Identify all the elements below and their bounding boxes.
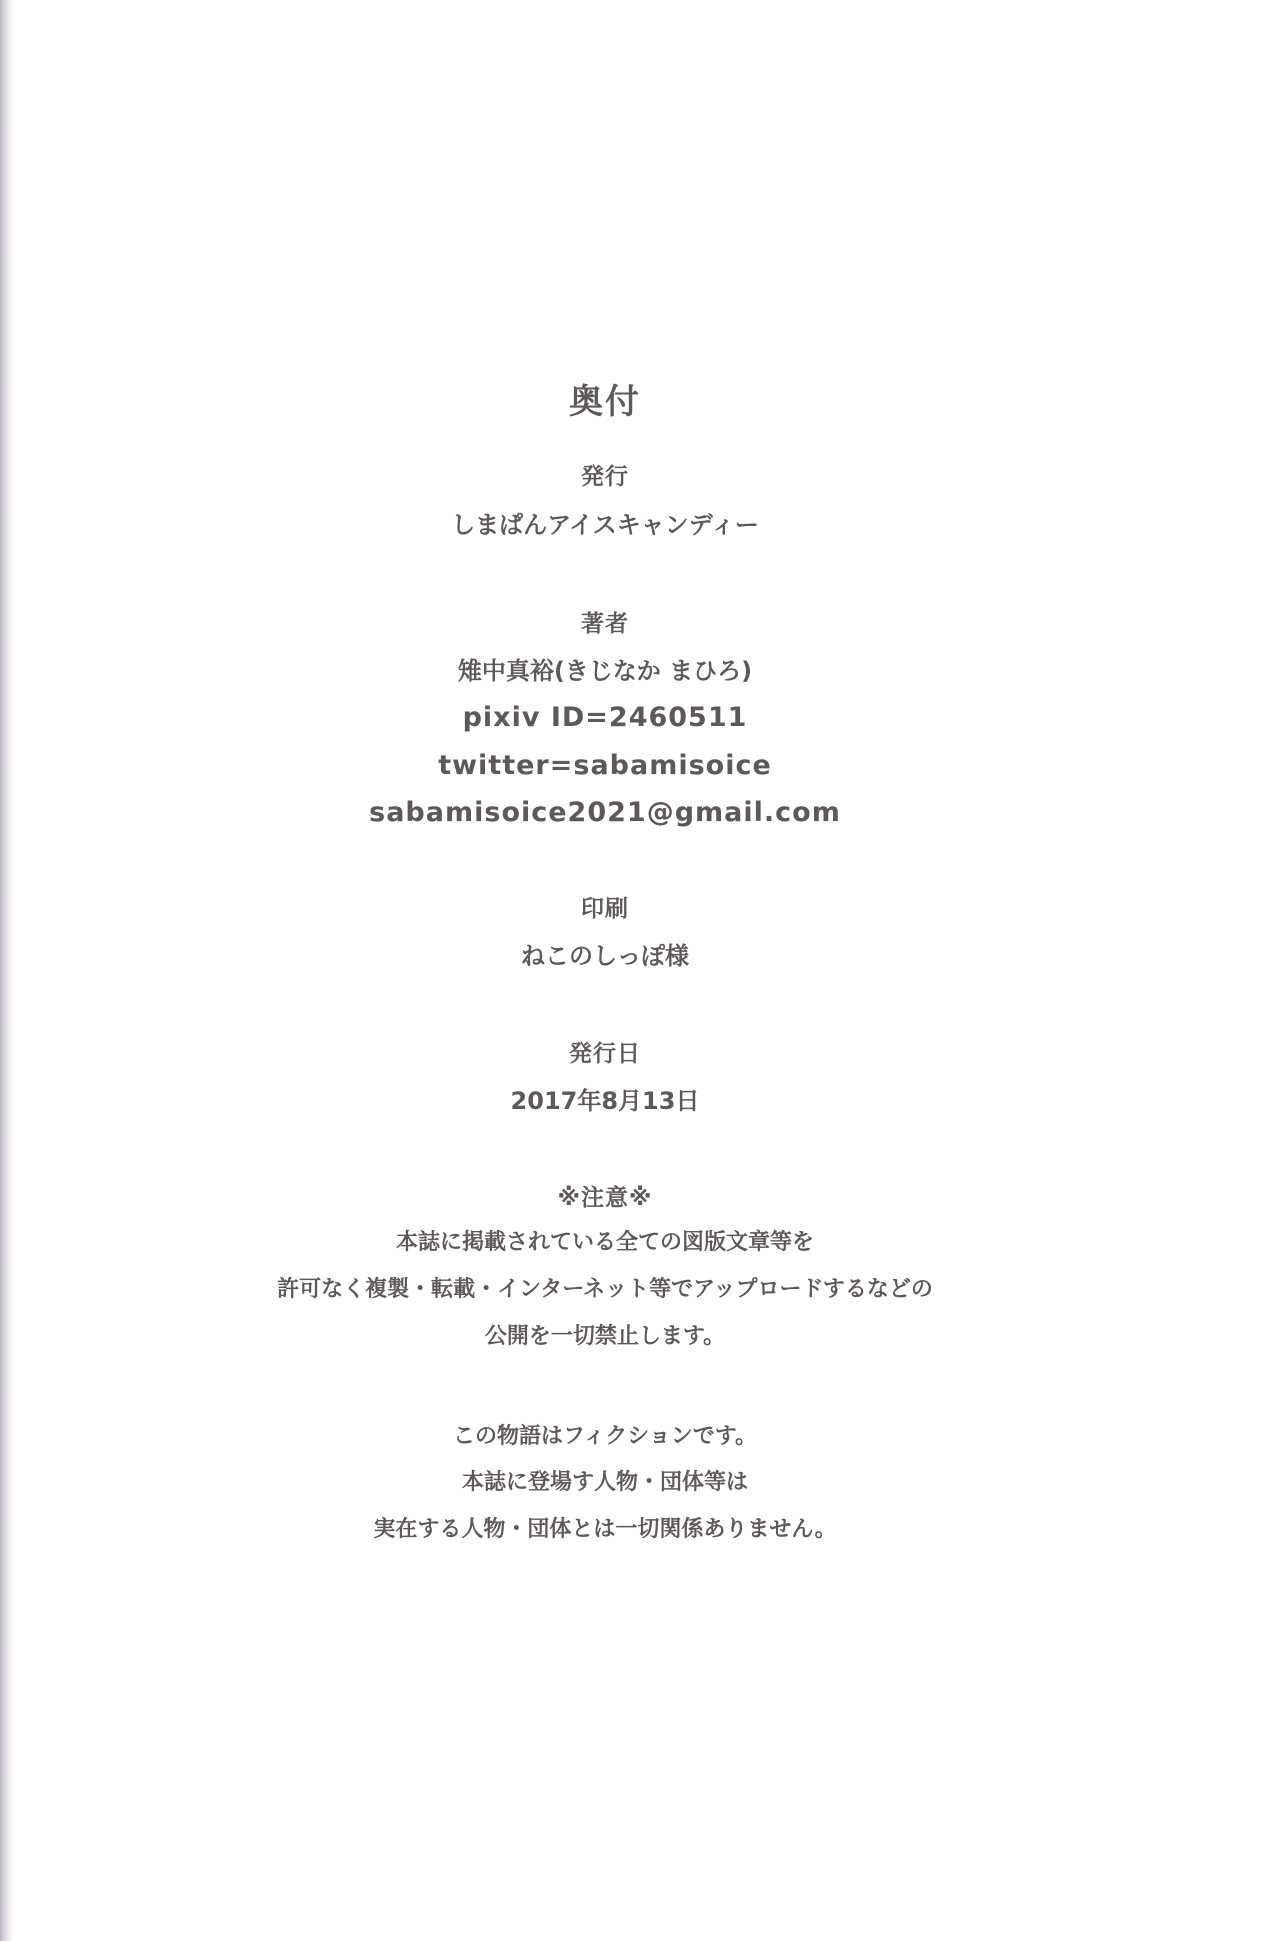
printer-name: ねこのしっぽ様 <box>0 944 1210 968</box>
page-title: 奥付 <box>0 385 1210 419</box>
publish-date-heading: 発行日 <box>0 1043 1210 1066</box>
author-name: 雉中真裕(きじなか まひろ) <box>0 659 1210 683</box>
notice-line-2: 許可なく複製・転載・インターネット等でアップロードするなどの <box>0 1279 1210 1301</box>
notice-line-3: 公開を一切禁止します。 <box>0 1326 1210 1348</box>
printer-heading: 印刷 <box>0 898 1210 921</box>
author-twitter: twitter=sabamisoice <box>0 752 1210 779</box>
publish-date: 2017年8月13日 <box>0 1089 1210 1113</box>
author-email: sabamisoice2021@gmail.com <box>0 799 1210 826</box>
disclaimer-line-2: 本誌に登場す人物・団体等は <box>0 1472 1210 1494</box>
notice-heading: ※注意※ <box>0 1187 1210 1210</box>
publisher-heading: 発行 <box>0 466 1210 489</box>
colophon-page: 奥付 発行 しまぱんアイスキャンディー 著者 雉中真裕(きじなか まひろ) pi… <box>0 0 1280 1941</box>
disclaimer-line-3: 実在する人物・団体とは一切関係ありません。 <box>0 1519 1210 1541</box>
author-pixiv-id: pixiv ID=2460511 <box>0 704 1210 731</box>
notice-line-1: 本誌に掲載されている全ての図版文章等を <box>0 1232 1210 1254</box>
publisher-name: しまぱんアイスキャンディー <box>0 513 1210 537</box>
author-heading: 著者 <box>0 613 1210 636</box>
disclaimer-line-1: この物語はフィクションです。 <box>0 1426 1210 1448</box>
